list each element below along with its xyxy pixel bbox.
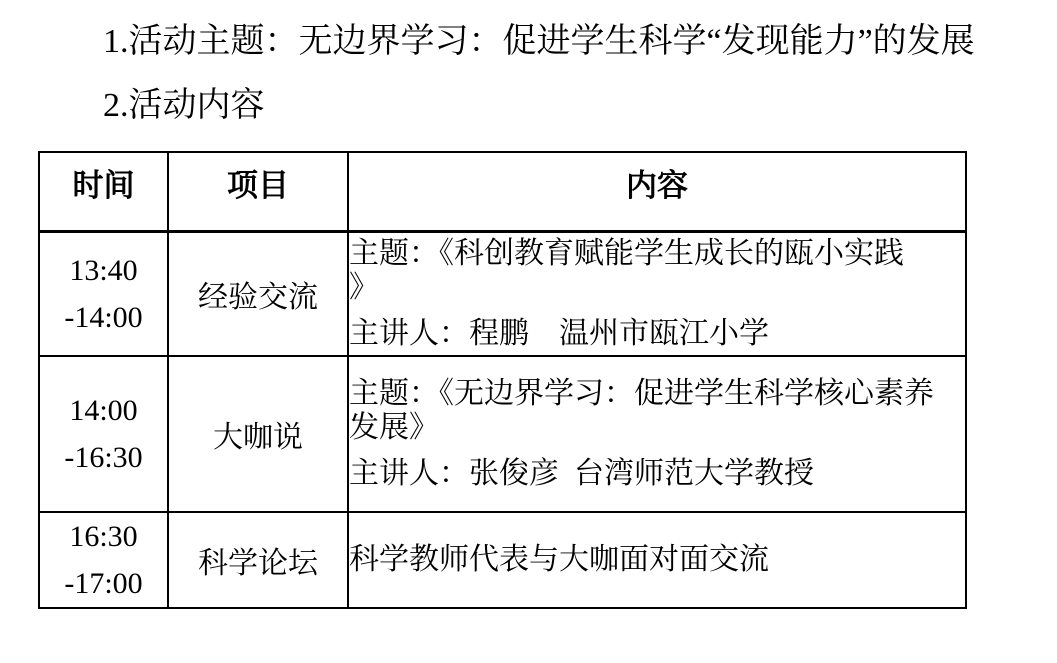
session-theme: 科学教师代表与大咖面对面交流	[349, 543, 965, 577]
content-cell: 主题：《科创教育赋能学生成长的瓯小实践 》主讲人：程鹏 温州市瓯江小学	[348, 232, 966, 357]
time-cell: 16:30 -17:00	[39, 512, 168, 608]
session-theme: 主题：《无边界学习：促进学生科学核心素养 发展》	[349, 377, 965, 445]
session-speaker: 主讲人：张俊彦 台湾师范大学教授	[349, 457, 965, 491]
table-row: 13:40 -14:00 经验交流 主题：《科创教育赋能学生成长的瓯小实践 》主…	[39, 232, 966, 357]
session-theme: 主题：《科创教育赋能学生成长的瓯小实践 》	[349, 237, 965, 305]
item-cell: 大咖说	[168, 356, 348, 512]
heading-activity-theme: 1.活动主题：无边界学习：促进学生科学“发现能力”的发展	[103, 20, 975, 64]
schedule-table-header: 时间 项目 内容	[39, 152, 966, 232]
col-header-time: 时间	[39, 152, 168, 232]
content-cell: 科学教师代表与大咖面对面交流	[348, 512, 966, 608]
table-row: 14:00 -16:30 大咖说 主题：《无边界学习：促进学生科学核心素养 发展…	[39, 356, 966, 512]
col-header-content: 内容	[348, 152, 966, 232]
schedule-table: 时间 项目 内容 13:40 -14:00 经验交流 主题：《科创教育赋能学生成…	[38, 151, 967, 609]
time-cell: 14:00 -16:30	[39, 356, 168, 512]
heading-activity-content: 2.活动内容	[103, 84, 265, 128]
item-cell: 科学论坛	[168, 512, 348, 608]
table-row: 16:30 -17:00 科学论坛 科学教师代表与大咖面对面交流	[39, 512, 966, 608]
content-cell: 主题：《无边界学习：促进学生科学核心素养 发展》主讲人：张俊彦 台湾师范大学教授	[348, 356, 966, 512]
col-header-item: 项目	[168, 152, 348, 232]
time-cell: 13:40 -14:00	[39, 232, 168, 357]
item-cell: 经验交流	[168, 232, 348, 357]
session-speaker: 主讲人：程鹏 温州市瓯江小学	[349, 317, 965, 351]
